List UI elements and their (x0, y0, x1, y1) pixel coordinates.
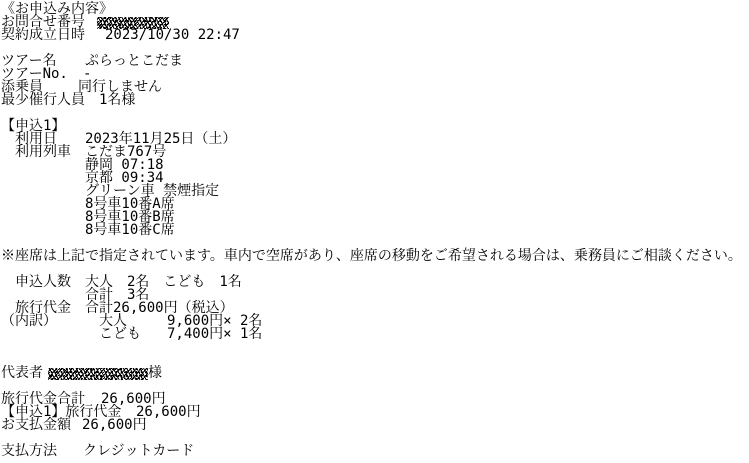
booking-confirmation-document: 《お申込み内容》 お問合せ番号 契約成立日時 2023/10/30 22:47 … (1, 3, 749, 458)
payment-amount-label: お支払金額 (1, 419, 71, 432)
payment-amount-line: お支払金額 26,600円 (1, 419, 749, 432)
blank-line (1, 107, 749, 120)
fare-breakdown-label: （内訳） (1, 315, 57, 328)
seat-c-value: 8号車10番C席 (85, 224, 175, 237)
child-fare-value: 7,400円× 1名 (167, 328, 262, 341)
fare-breakdown-child-line: こども 7,400円× 1名 (1, 328, 749, 341)
blank-line (1, 354, 749, 367)
payment-method-label: 支払方法 (1, 445, 57, 458)
seat-notice-line: ※座席は上記で指定されています。車内で空席があり、座席の移動をご希望される場合は… (1, 250, 749, 263)
tour-name-value: ぷらっとこだま (85, 55, 183, 68)
contract-date-line: 契約成立日時 2023/10/30 22:47 (1, 29, 749, 42)
payment-method-line: 支払方法 クレジットカード (1, 445, 749, 458)
seat-notice-text: ※座席は上記で指定されています。車内で空席があり、座席の移動をご希望される場合は… (1, 250, 742, 263)
representative-name-redacted (48, 368, 148, 380)
min-participants-line: 最少催行人員 1名様 (1, 94, 749, 107)
min-participants-value: 1名様 (99, 94, 135, 107)
party-count-label: 申込人数 (15, 276, 71, 289)
child-label: こども (99, 328, 141, 341)
representative-line: 代表者 様 (1, 367, 749, 380)
contract-date-label: 契約成立日時 (1, 29, 85, 42)
train-label: 利用列車 (15, 146, 71, 159)
booking-confirmation-page: 《お申込み内容》 お問合せ番号 契約成立日時 2023/10/30 22:47 … (0, 0, 749, 463)
representative-honorific: 様 (148, 367, 162, 380)
contract-datetime-value: 2023/10/30 22:47 (105, 29, 240, 42)
seat-line: 8号車10番C席 (1, 224, 749, 237)
representative-label: 代表者 (1, 367, 43, 380)
min-participants-label: 最少催行人員 (1, 94, 85, 107)
document-title: 《お申込み内容》 (1, 3, 749, 16)
payment-amount-value: 26,600円 (82, 419, 147, 432)
blank-line (1, 341, 749, 354)
tour-name-line: ツアー名 ぷらっとこだま (1, 55, 749, 68)
payment-method-value: クレジットカード (83, 445, 194, 458)
